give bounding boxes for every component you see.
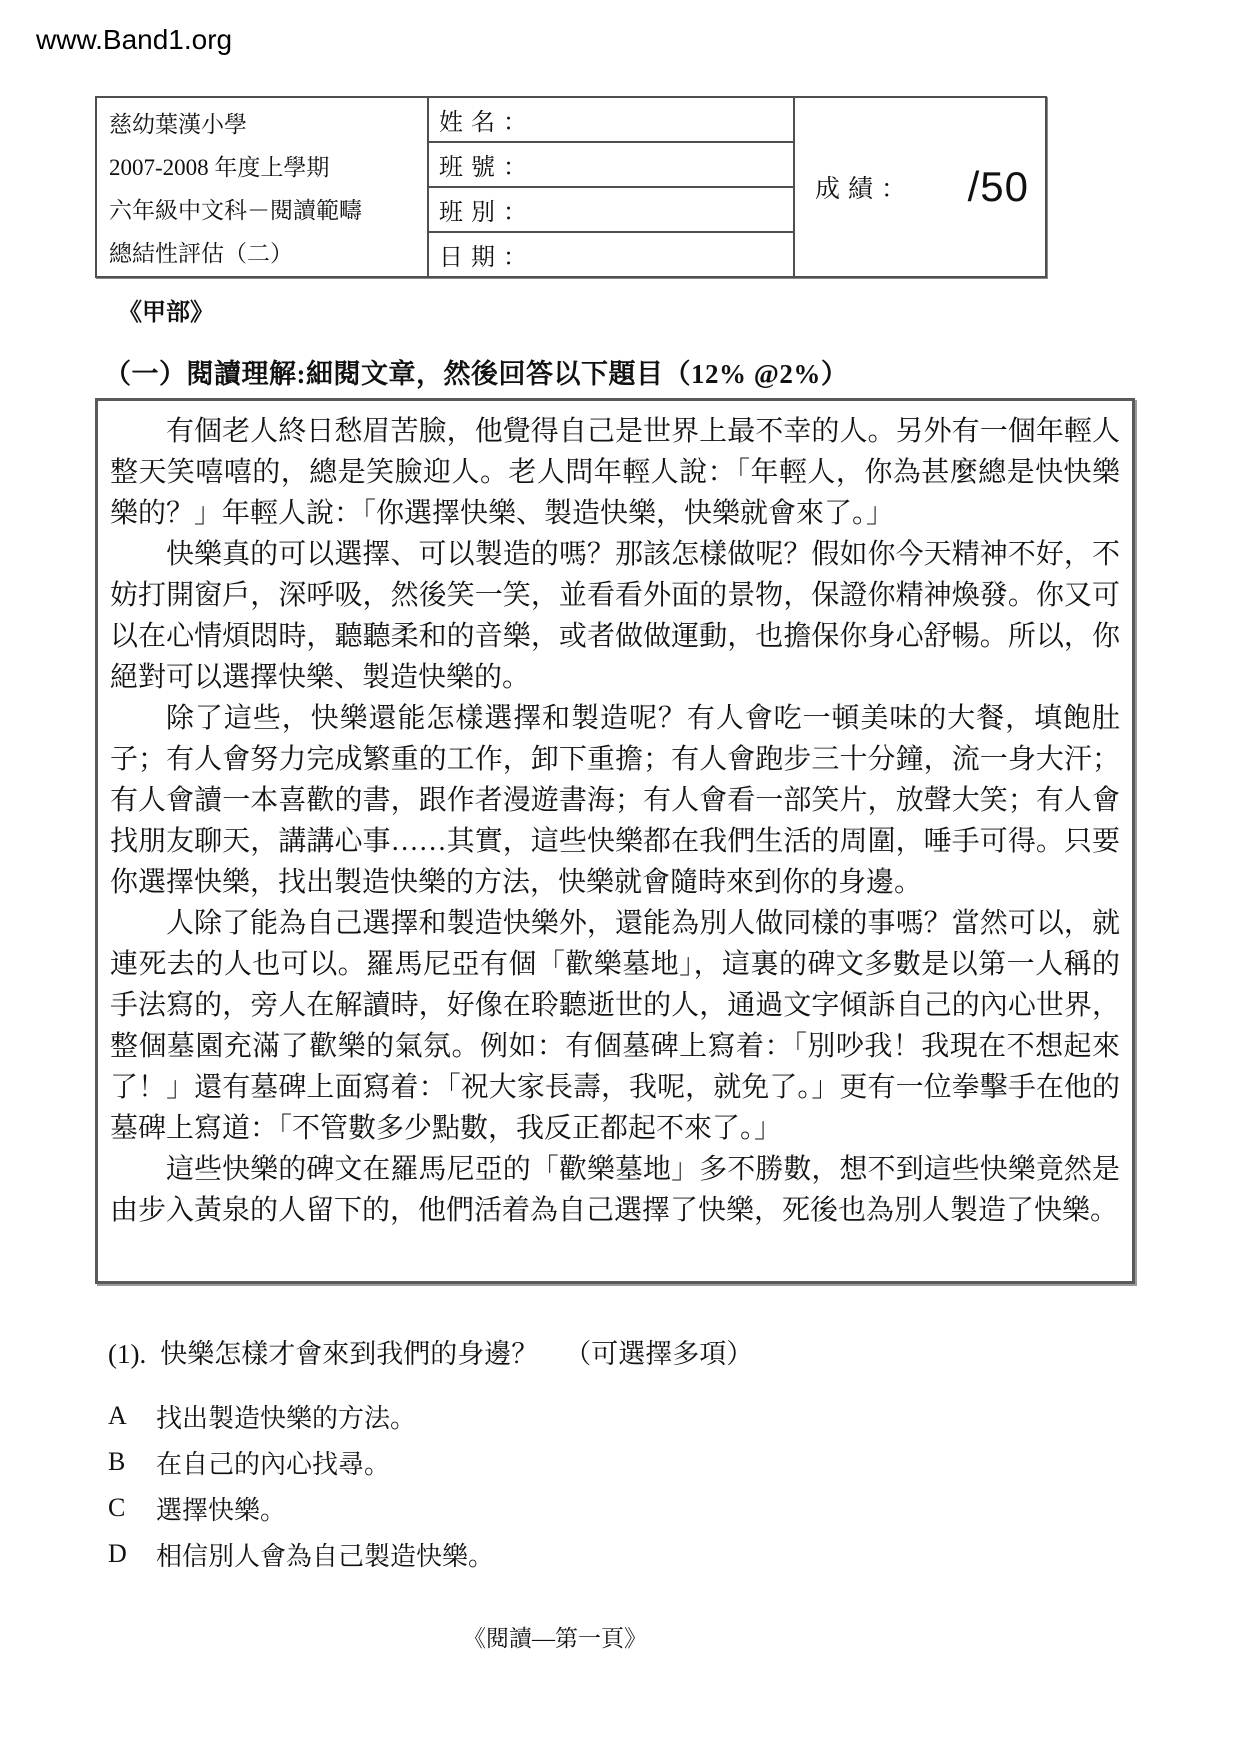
passage-paragraph-1: 有個老人終日愁眉苦臉，他覺得自己是世界上最不幸的人。另外有一個年輕人整天笑嘻嘻的…	[110, 411, 1120, 534]
option-text-b: 在自己的內心找尋。	[156, 1444, 390, 1481]
question-text: 快樂怎樣才會來到我們的身邊？	[160, 1332, 538, 1371]
score-label: 成績：	[815, 169, 914, 205]
school-name: 慈幼葉漢小學	[109, 106, 423, 139]
option-text-c: 選擇快樂。	[156, 1490, 286, 1527]
passage-paragraph-5: 這些快樂的碑文在羅馬尼亞的「歡樂墓地」多不勝數，想不到這些快樂竟然是由步入黃泉的…	[110, 1149, 1120, 1231]
site-watermark: www.Band1.org	[36, 24, 232, 56]
class-field-label: 班別：	[439, 192, 535, 227]
option-key-a: A	[108, 1401, 156, 1431]
score-cell: 成績： /50	[795, 98, 1045, 276]
passage-paragraph-3: 除了這些，快樂還能怎樣選擇和製造呢？有人會吃一頓美味的大餐，填飽肚子；有人會努力…	[110, 698, 1120, 903]
exam-page: www.Band1.org 慈幼葉漢小學 2007-2008 年度上學期 六年級…	[0, 0, 1240, 1754]
question-number: (1).	[108, 1339, 146, 1370]
field-row-date: 日期：	[429, 233, 793, 276]
options-list: A 找出製造快樂的方法。 B 在自己的內心找尋。 C 選擇快樂。 D 相信別人會…	[108, 1393, 1108, 1577]
passage-paragraph-4: 人除了能為自己選擇和製造快樂外，還能為別人做同樣的事嗎？當然可以，就連死去的人也…	[110, 903, 1120, 1149]
option-key-b: B	[108, 1447, 156, 1477]
passage-paragraph-2: 快樂真的可以選擇、可以製造的嗎？那該怎樣做呢？假如你今天精神不好，不妨打開窗戶，…	[110, 534, 1120, 698]
option-text-a: 找出製造快樂的方法。	[156, 1398, 416, 1435]
name-field-label: 姓名：	[439, 102, 535, 137]
school-assessment: 總結性評估（二）	[109, 235, 423, 268]
option-row-c: C 選擇快樂。	[108, 1485, 1108, 1531]
header-table: 慈幼葉漢小學 2007-2008 年度上學期 六年級中文科－閱讀範疇 總結性評估…	[95, 96, 1047, 278]
score-value: /50	[968, 163, 1029, 211]
question-hint: （可選擇多項）	[564, 1332, 753, 1371]
section-title: （一）閱讀理解:細閱文章，然後回答以下題目（12% @2%）	[104, 352, 848, 391]
page-footer: 《閱讀—第一頁》	[0, 1620, 1110, 1653]
option-text-d: 相信別人會為自己製造快樂。	[156, 1536, 494, 1573]
school-info: 慈幼葉漢小學 2007-2008 年度上學期 六年級中文科－閱讀範疇 總結性評估…	[97, 98, 429, 276]
part-heading: 《甲部》	[118, 292, 214, 327]
question-line: (1). 快樂怎樣才會來到我們的身邊？ （可選擇多項）	[108, 1332, 1108, 1371]
question-block: (1). 快樂怎樣才會來到我們的身邊？ （可選擇多項） A 找出製造快樂的方法。…	[108, 1332, 1108, 1577]
option-key-c: C	[108, 1493, 156, 1523]
field-row-class-number: 班號：	[429, 143, 793, 188]
passage-box: 有個老人終日愁眉苦臉，他覺得自己是世界上最不幸的人。另外有一個年輕人整天笑嘻嘻的…	[95, 398, 1135, 1284]
field-row-class: 班別：	[429, 188, 793, 233]
school-subject: 六年級中文科－閱讀範疇	[109, 192, 423, 225]
option-row-b: B 在自己的內心找尋。	[108, 1439, 1108, 1485]
option-row-a: A 找出製造快樂的方法。	[108, 1393, 1108, 1439]
date-field-label: 日期：	[439, 237, 535, 272]
option-row-d: D 相信別人會為自己製造快樂。	[108, 1531, 1108, 1577]
student-fields: 姓名： 班號： 班別： 日期：	[429, 98, 795, 276]
school-term: 2007-2008 年度上學期	[109, 149, 423, 182]
field-row-name: 姓名：	[429, 98, 793, 143]
class-number-field-label: 班號：	[439, 147, 535, 182]
option-key-d: D	[108, 1539, 156, 1569]
